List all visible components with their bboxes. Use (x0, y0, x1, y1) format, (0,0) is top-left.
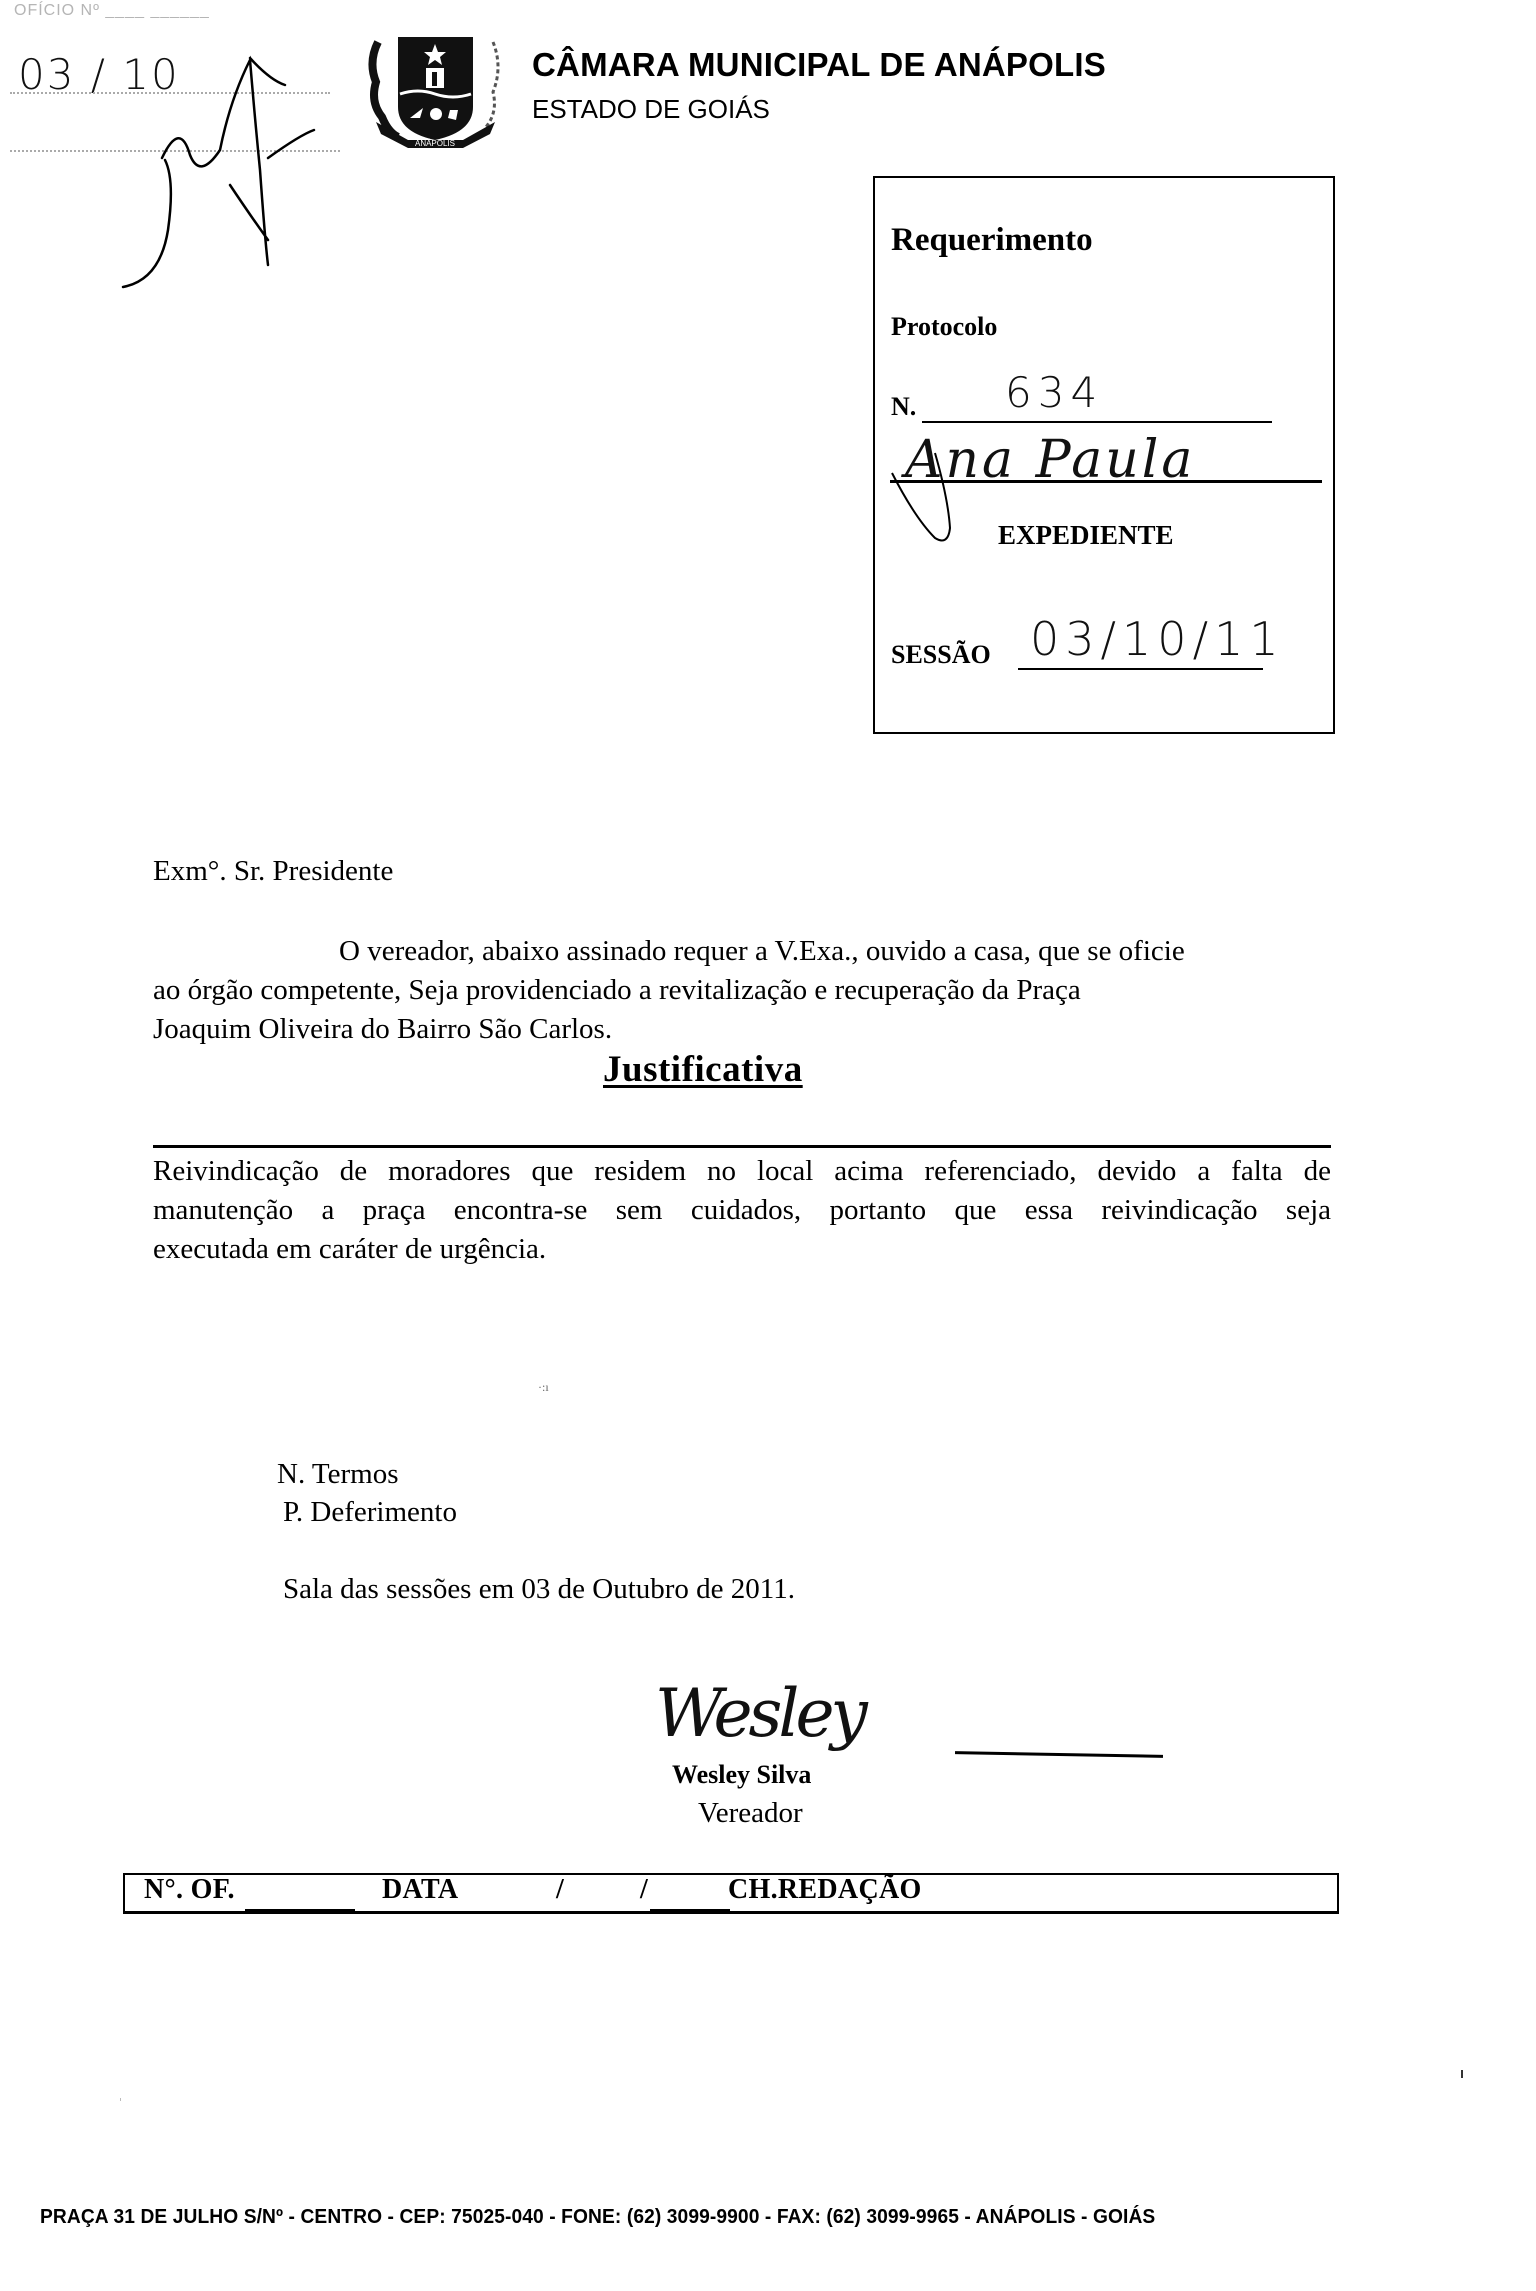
scan-mark (1461, 2070, 1463, 2078)
signer-name: Wesley Silva (672, 1760, 811, 1790)
office-date-slash: / (640, 1874, 648, 1906)
session-label: SESSÃO (891, 640, 991, 670)
office-redaction-label: CH.REDAÇÃO (728, 1874, 922, 1906)
place-and-date: Sala das sessões em 03 de Outubro de 201… (283, 1570, 795, 1609)
office-date-label: DATA (382, 1874, 458, 1906)
closing-deferment: P. Deferimento (283, 1493, 457, 1532)
scan-speck: ·:ı (538, 1380, 549, 1395)
handwritten-signature: Wesley (655, 1675, 864, 1752)
protocol-label: Protocolo (891, 312, 997, 342)
office-number-blank (245, 1909, 355, 1911)
footer-address: PRAÇA 31 DE JULHO S/Nº - CENTRO - CEP: 7… (40, 2206, 1155, 2229)
justification-line: manutenção a praça encontra-se sem cuida… (153, 1191, 1331, 1230)
justification-line: executada em caráter de urgência. (153, 1230, 1331, 1269)
session-date-value: 03/10/11 (1030, 612, 1285, 666)
office-date-slash: / (556, 1874, 564, 1906)
page-title: CÂMARA MUNICIPAL DE ANÁPOLIS (532, 46, 1106, 84)
office-number-label: N°. OF. (144, 1874, 235, 1906)
justification-heading: Justificativa (603, 1048, 803, 1091)
protocol-box-title: Requerimento (891, 222, 1093, 259)
scan-stamp-text: OFÍCIO Nº ____ ______ (14, 2, 414, 20)
protocol-number-value: 634 (1005, 368, 1103, 417)
protocol-number-label: N. (891, 392, 916, 422)
scan-mark (120, 2098, 121, 2101)
justification-paragraph: Reivindicação de moradores que residem n… (153, 1152, 1331, 1269)
request-line: O vereador, abaixo assinado requer a V.E… (339, 935, 1185, 967)
receiver-signature-stroke (890, 448, 970, 568)
request-paragraph: O vereador, abaixo assinado requer a V.E… (153, 932, 1318, 1049)
signature-flourish (955, 1751, 1163, 1758)
office-date-blank (650, 1909, 730, 1911)
closing-terms: N. Termos (277, 1455, 398, 1494)
session-date-line (1018, 668, 1263, 670)
justification-line: Reivindicação de moradores que residem n… (153, 1152, 1331, 1191)
svg-text:ANÁPOLIS: ANÁPOLIS (415, 139, 455, 148)
signer-role: Vereador (698, 1797, 803, 1830)
expediente-label: EXPEDIENTE (998, 520, 1174, 551)
request-line: Joaquim Oliveira do Bairro São Carlos. (153, 1010, 1318, 1049)
page-subtitle: ESTADO DE GOIÁS (532, 94, 770, 125)
justification-rule (153, 1145, 1331, 1148)
protocol-number-line (922, 421, 1272, 423)
request-line: ao órgão competente, Seja providenciado … (153, 971, 1318, 1010)
salutation: Exm°. Sr. Presidente (153, 852, 393, 891)
municipal-coat-of-arms-icon: ANÁPOLIS (368, 22, 503, 152)
margin-initials-signature (100, 40, 360, 300)
